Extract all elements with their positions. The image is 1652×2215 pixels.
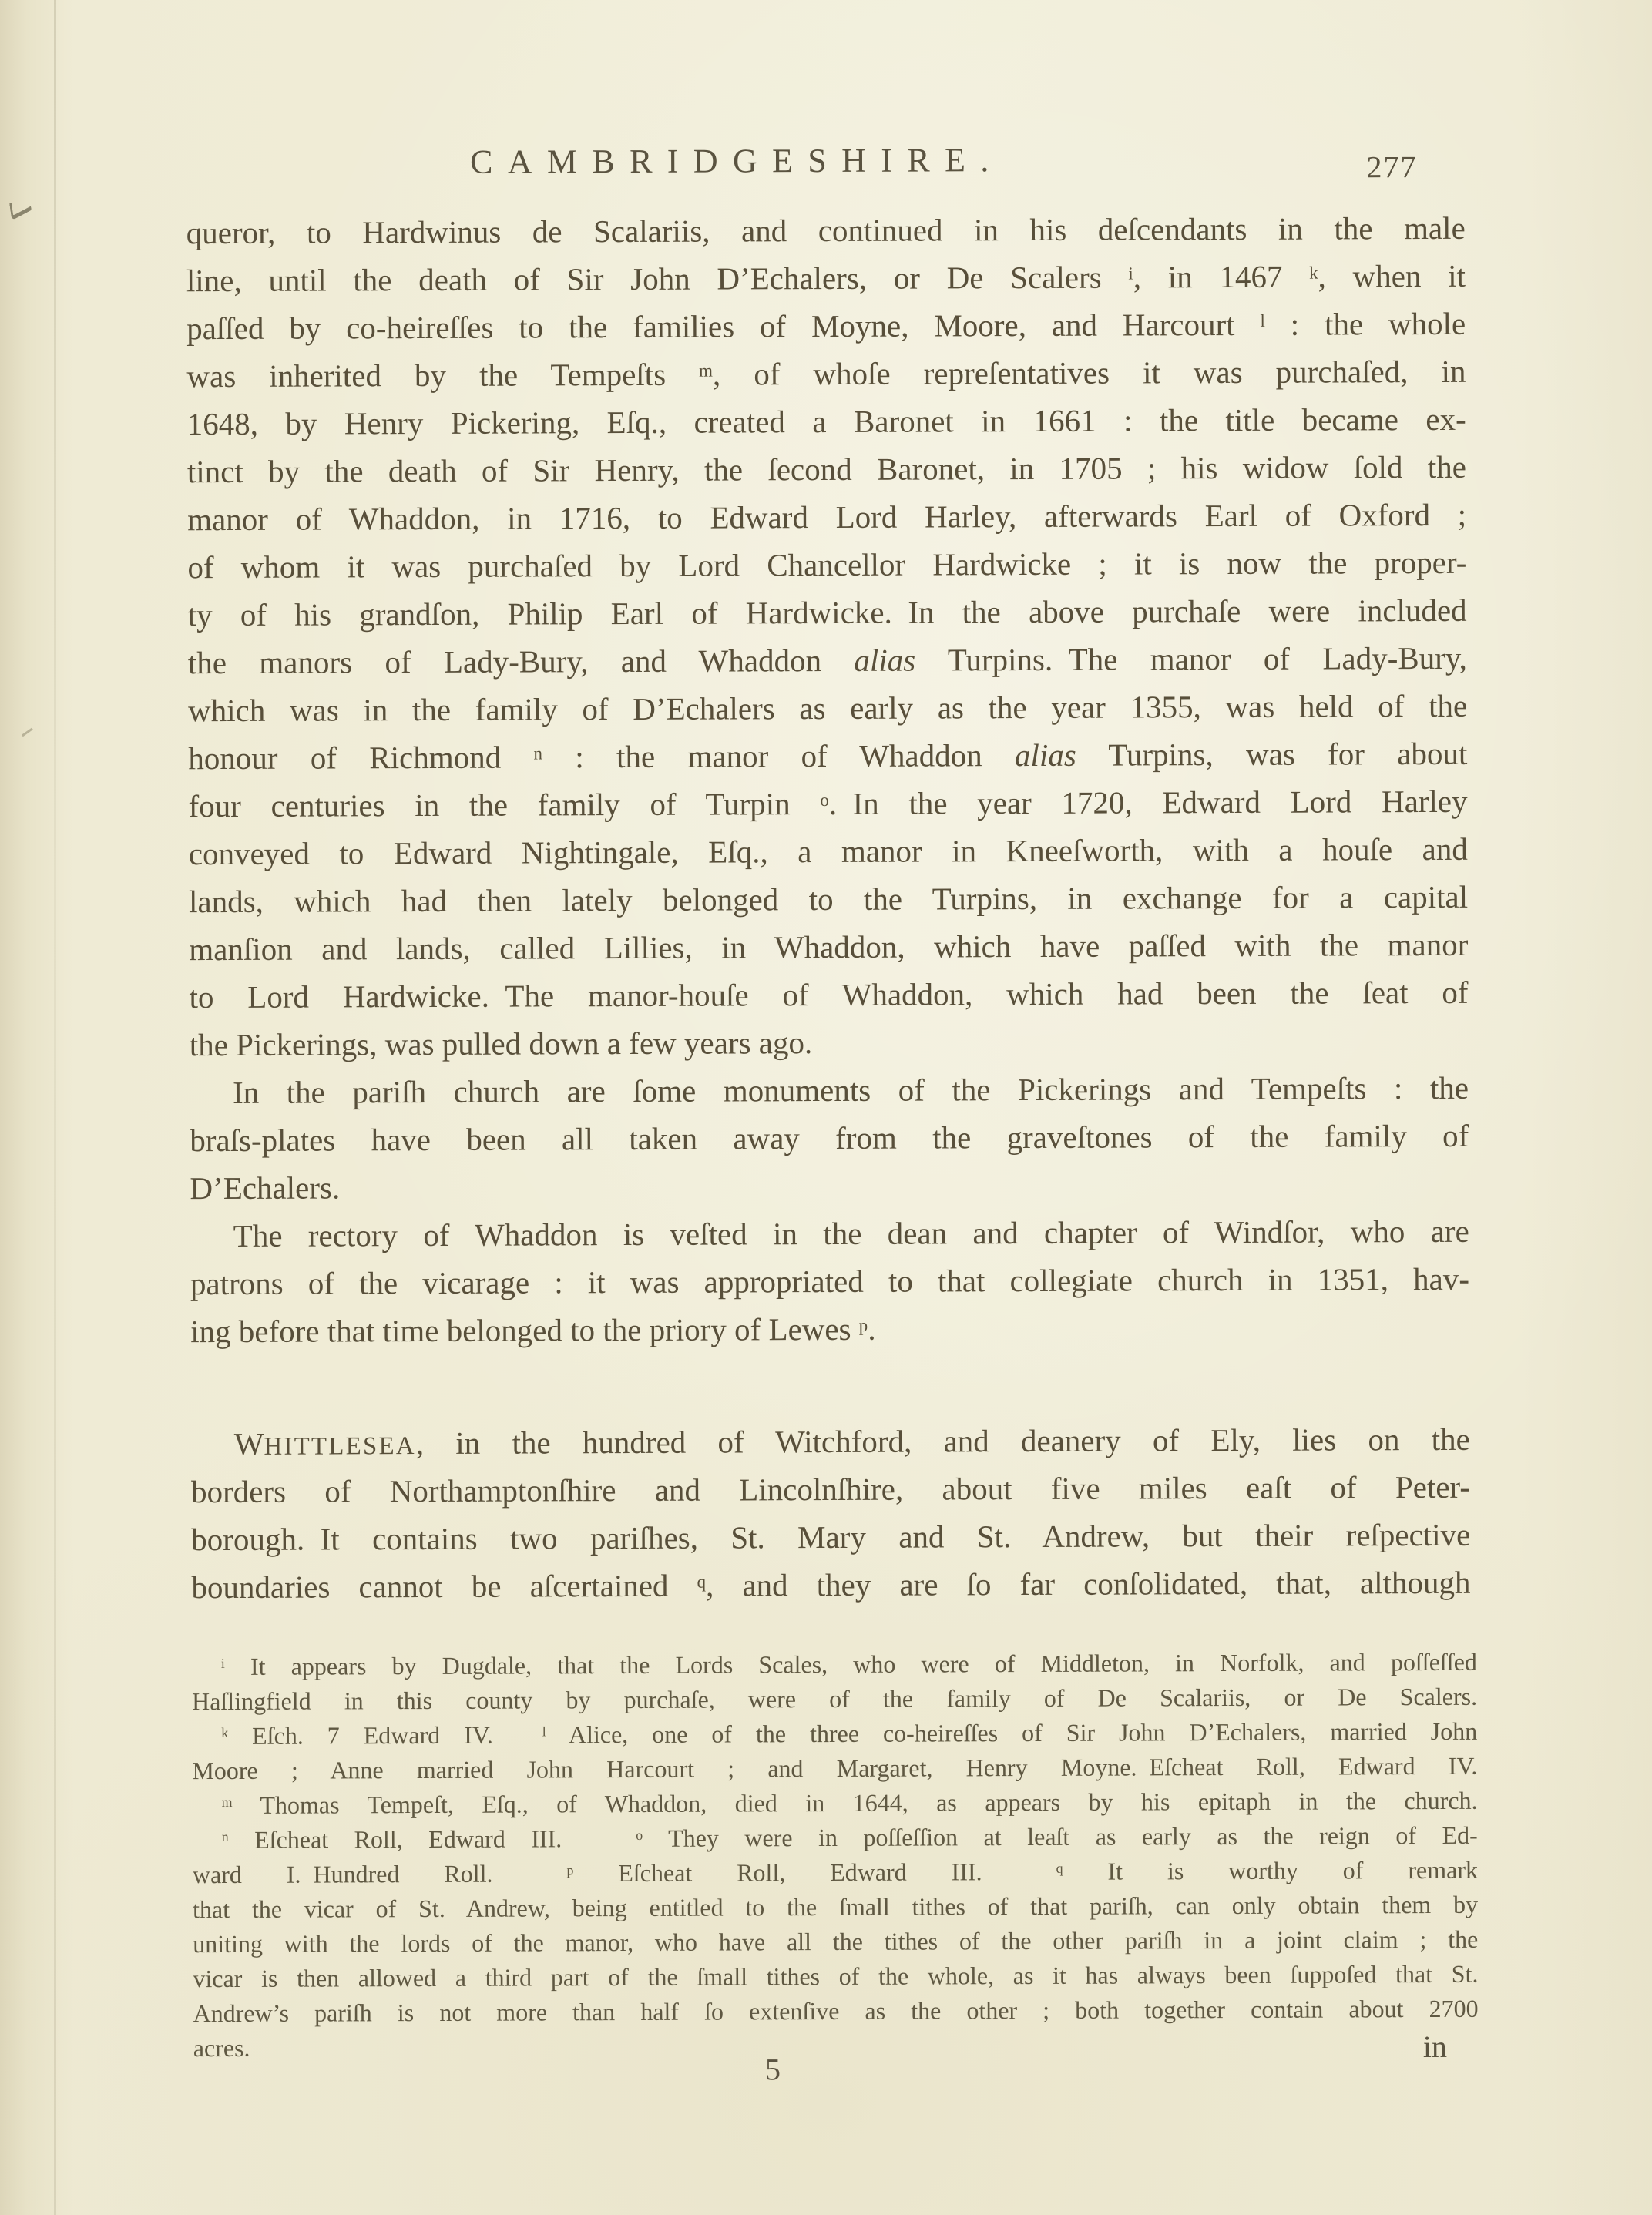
- text-line: conveyed to Edward Nightingale, Eſq., a …: [189, 825, 1468, 878]
- page-number: 277: [1366, 149, 1417, 185]
- text-line: The rectory of Whaddon is veſted in the …: [190, 1207, 1469, 1260]
- text-block: CAMBRIDGESHIRE. 277 queror, to Hardwinus…: [186, 0, 1473, 2215]
- text-line: D’Echalers.: [190, 1160, 1469, 1212]
- text-line: was inherited by the Tempeſts m, of whoſ…: [186, 347, 1466, 400]
- footnote-line: acres.: [193, 2026, 1479, 2066]
- text-line: ty of his grandſon, Philip Earl of Hardw…: [188, 586, 1467, 639]
- footnotes-block: i It appears by Dugdale, that the Lords …: [192, 1645, 1479, 2066]
- text-line: ing before that time belonged to the pri…: [190, 1303, 1469, 1355]
- margin-pen-mark: [16, 720, 33, 737]
- text-line: boundaries cannot be aſcertained q, and …: [191, 1559, 1470, 1611]
- scanned-book-page: { "colors": { "paper": "#f1eed9", "ink":…: [0, 0, 1652, 2215]
- running-header-title: CAMBRIDGESHIRE.: [186, 139, 1288, 183]
- text-line: the Pickerings, was pulled down a few ye…: [190, 1016, 1469, 1069]
- catchword: in: [1423, 2029, 1447, 2065]
- text-line: patrons of the vicarage : it was appropr…: [190, 1255, 1469, 1307]
- text-line: line, until the death of Sir John D’Echa…: [186, 252, 1466, 304]
- paragraph-4-whittlesea: WHITTLESEA, in the hundred of Witchford,…: [191, 1415, 1471, 1611]
- page-fold-line: [54, 0, 56, 2215]
- text-line: 1648, by Henry Pickering, Eſq., created …: [187, 395, 1466, 448]
- text-line: paſſed by co-heireſſes to the families o…: [186, 300, 1466, 352]
- text-line: borders of Northamptonſhire and Lincolnſ…: [191, 1463, 1470, 1515]
- footnote-line: i It appears by Dugdale, that the Lords …: [192, 1645, 1477, 1684]
- text-line: to Lord Hardwicke. The manor-houſe of Wh…: [189, 968, 1468, 1021]
- footnote-line: n Eſcheat Roll, Edward III. o They were …: [193, 1818, 1478, 1858]
- footnote-line: vicar is then allowed a third part of th…: [193, 1957, 1478, 1996]
- text-line: manſion and lands, called Lillies, in Wh…: [189, 921, 1468, 973]
- text-line: four centuries in the family of Turpin o…: [188, 777, 1467, 830]
- text-line: WHITTLESEA, in the hundred of Witchford,…: [191, 1415, 1470, 1468]
- footnote-line: that the vicar of St. Andrew, being enti…: [193, 1888, 1478, 1927]
- footnote-line: ward I. Hundred Roll. p Eſcheat Roll, Ed…: [193, 1853, 1478, 1892]
- text-line: honour of Richmond n : the manor of Whad…: [188, 730, 1467, 782]
- footnote-line: m Thomas Tempeſt, Eſq., of Whaddon, died…: [192, 1784, 1477, 1823]
- margin-pen-mark: [9, 193, 32, 221]
- text-line: tinct by the death of Sir Henry, the ſec…: [187, 443, 1466, 495]
- text-line: lands, which had then lately belonged to…: [189, 873, 1468, 925]
- footnote-line: Moore ; Anne married John Harcourt ; and…: [192, 1749, 1477, 1788]
- text-line: borough. It contains two pariſhes, St. M…: [191, 1511, 1470, 1563]
- footnote-line: Andrew’s pariſh is not more than half ſo…: [193, 1992, 1479, 2031]
- footnote-line: Haſlingfield in this county by purchaſe,…: [192, 1680, 1477, 1719]
- footnote-line: uniting with the lords of the manor, who…: [193, 1922, 1478, 1962]
- signature-mark: 5: [765, 2051, 781, 2087]
- text-line: braſs-plates have been all taken away fr…: [190, 1112, 1469, 1164]
- text-line: which was in the family of D’Echalers as…: [188, 682, 1467, 734]
- footnote-line: k Eſch. 7 Edward IV. l Alice, one of the…: [192, 1714, 1477, 1754]
- text-line: In the pariſh church are ſome monuments …: [190, 1064, 1469, 1116]
- text-line: of whom it was purchaſed by Lord Chancel…: [187, 539, 1466, 591]
- text-line: the manors of Lady-Bury, and Whaddon ali…: [188, 634, 1467, 686]
- text-line: manor of Whaddon, in 1716, to Edward Lor…: [187, 491, 1466, 543]
- text-line: queror, to Hardwinus de Scalariis, and c…: [186, 204, 1466, 257]
- paragraph-1: queror, to Hardwinus de Scalariis, and c…: [186, 204, 1469, 1069]
- paragraph-2: In the pariſh church are ſome monuments …: [190, 1064, 1469, 1212]
- paragraph-3: The rectory of Whaddon is veſted in the …: [190, 1207, 1470, 1355]
